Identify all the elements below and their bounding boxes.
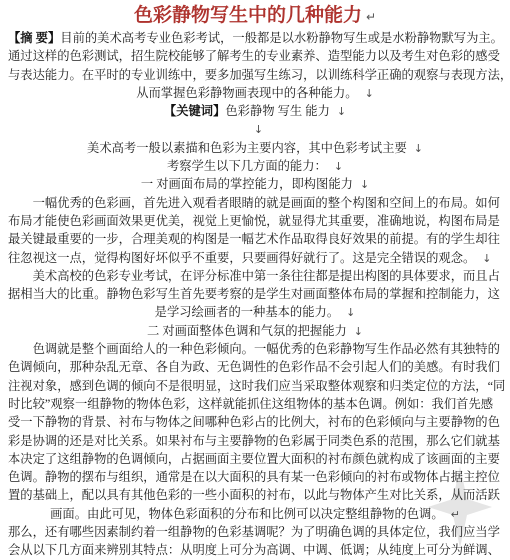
paragraph-line: 色调倾向，那种杂乱无章、各自为政、无色调性的色彩作品不会引起人们的美感。有时我们 bbox=[8, 358, 502, 376]
paragraph-line: 本决定了这组静物的色调倾向，占据画面主要位置大面积的衬布颜色就构成了该画面的主要 bbox=[8, 450, 502, 468]
paragraph-mark: ↵ bbox=[366, 10, 376, 24]
text-line: 从而掌握色彩静物画表现中的各种能力。 bbox=[136, 86, 357, 100]
section-heading-1: 一 对画面布局的掌控能力，即构图能力↓ bbox=[8, 175, 502, 193]
paragraph-line: 色调。静物的摆布与组织，通常是在以大面积的具有某一色彩倾向的衬布或物体占据主控位 bbox=[8, 468, 502, 486]
paragraph-line: 据相当大的比重。静物色彩写生首先要考察的是学生对画面整体布局的掌握和控制能力，这 bbox=[8, 285, 502, 303]
text-line: 美术高校的色彩专业考试，在评分标准中第一条往往都是提出构图的具体要求，而且占 bbox=[33, 269, 500, 283]
paragraph-line: 一幅优秀的色彩画，首先进入观看者眼睛的就是画面的整个构图和空间上的布局。如何 bbox=[8, 194, 502, 212]
abstract-line: 通过这样的色彩测试，招生院校能够了解考生的专业素养、造型能力以及考生对色彩的感受 bbox=[8, 47, 502, 65]
line-break-mark: ↓ bbox=[346, 306, 355, 319]
paragraph-line: 美术高校的色彩专业考试，在评分标准中第一条往往都是提出构图的具体要求，而且占 bbox=[8, 267, 502, 285]
line-break-mark: ↓ bbox=[360, 178, 369, 191]
abstract-label: 【摘 要】 bbox=[8, 31, 60, 45]
abstract-line: 从而掌握色彩静物画表现中的各种能力。↓ bbox=[8, 84, 502, 102]
text-line: 据相当大的比重。静物色彩写生首先要考察的是学生对画面整体布局的掌握和控制能力，这 bbox=[8, 287, 500, 301]
text-line: 会从以下几方面来辨别其特点：从明度上可分为高调、中调、低调；从纯度上可分为鲜调、 bbox=[8, 543, 500, 557]
text-line: 时比较”观察一组静物的物体色彩，这样就能抓住这组物体的基本色调。例如：我们首先感 bbox=[8, 397, 493, 411]
paragraph-line: 画面。由此可见，物体色彩面积的分布和比例可以决定整组静物的色调。↵ bbox=[8, 505, 502, 523]
text-line: 彩是协调的还是对比关系。如果衬布与主要静物的色彩属于同类色系的范围，那么它们就基 bbox=[8, 434, 500, 448]
paragraph-mark: ↵ bbox=[451, 508, 460, 521]
text-line: 是学习绘画者的一种基本的能力。 bbox=[155, 305, 339, 319]
text-line: 二 对画面整体色调和气氛的把握能力 bbox=[147, 324, 347, 338]
text-line: 一幅优秀的色彩画，首先进入观看者眼睛的就是画面的整个构图和空间上的布局。如何 bbox=[33, 196, 500, 210]
document-page: 色彩静物写生中的几种能力↵ 【摘 要】目前的美术高考专业色彩考试，一般都是以水粉… bbox=[0, 0, 510, 560]
line-break-mark: ↓ bbox=[365, 87, 374, 100]
line-break-mark: ↓ bbox=[414, 142, 423, 155]
abstract-line: 与表达能力。在平时的专业训练中，要多加强写生练习，以训练科学正确的观察与表现方法… bbox=[8, 66, 502, 84]
paragraph-line: 色调就是整个画面给人的一种色彩倾向。一幅优秀的色彩静物写生作品必然有其独特的 bbox=[8, 340, 502, 358]
paragraph-line: 彩是协调的还是对比关系。如果衬布与主要静物的色彩属于同类色系的范围，那么它们就基 bbox=[8, 432, 502, 450]
section-heading-2: 二 对画面整体色调和气氛的把握能力↓ bbox=[8, 322, 502, 340]
text-line: 美术高考一般以素描和色彩为主要内容，其中色彩考试主要 bbox=[87, 141, 407, 155]
paragraph-line: 置的基础上，配以具有其他色彩的一些小面积的衬布，以此与物体产生对比关系，从而活跃 bbox=[8, 486, 502, 504]
paragraph-line: 注视对象，感到色调的倾向不是很明显，这时我们应当采取整体观察和归类定位的方法，“… bbox=[8, 377, 502, 395]
text-line: 画面。由此可见，物体色彩面积的分布和比例可以决定整组静物的色调。 bbox=[50, 507, 444, 521]
line-break-mark: ↓ bbox=[337, 105, 346, 118]
text-line: 考察学生以下几方面的能力： bbox=[167, 159, 327, 173]
intro-line: 美术高考一般以素描和色彩为主要内容，其中色彩考试主要↓ bbox=[8, 139, 502, 157]
text-line: 色彩静物 写生 能力 bbox=[225, 104, 330, 118]
paragraph-line: 布局才能使色彩画面效果更优美，视觉上更愉悦，就显得尤其重要，准确地说，构图布局是 bbox=[8, 212, 502, 230]
text-line: 那么，还有哪些因素制约着一组静物的色彩基调呢？为了明确色调的具体定位，我们应当学 bbox=[8, 525, 500, 539]
paragraph-line: 受一下静物的背景、衬布与物体之间哪种色彩占的比例大，衬布的色彩倾向与主要静物的色 bbox=[8, 413, 502, 431]
text-line: 一 对画面布局的掌控能力，即构图能力 bbox=[141, 177, 353, 191]
paragraph-line: 时比较”观察一组静物的物体色彩，这样就能抓住这组物体的基本色调。例如：我们首先感 bbox=[8, 395, 502, 413]
keywords-label: 【关键词】 bbox=[164, 104, 226, 118]
keywords-line: 【关键词】色彩静物 写生 能力↓ bbox=[8, 102, 502, 120]
line-break-mark: ↓ bbox=[254, 123, 263, 136]
paragraph-line: 那么，还有哪些因素制约着一组静物的色彩基调呢？为了明确色调的具体定位，我们应当学 bbox=[8, 523, 502, 541]
text-line: 色调就是整个画面给人的一种色彩倾向。一幅优秀的色彩静物写生作品必然有其独特的 bbox=[33, 342, 500, 356]
document-title-text: 色彩静物写生中的几种能力 bbox=[134, 5, 362, 26]
line-break-mark: ↓ bbox=[482, 252, 491, 265]
paragraph-line: 会从以下几方面来辨别其特点：从明度上可分为高调、中调、低调；从纯度上可分为鲜调、 bbox=[8, 541, 502, 559]
empty-line: ↓ bbox=[8, 120, 502, 138]
text-line: 色调倾向，那种杂乱无章、各自为政、无色调性的色彩作品不会引起人们的美感。有时我们 bbox=[8, 360, 500, 374]
document-title: 色彩静物写生中的几种能力↵ bbox=[8, 3, 502, 29]
line-break-mark: ↓ bbox=[354, 325, 363, 338]
paragraph-line: 最关键最重要的一步，合理美观的构图是一幅艺术作品取得良好效果的前提。有的学生却往 bbox=[8, 230, 502, 248]
intro-line: 考察学生以下几方面的能力：↓ bbox=[8, 157, 502, 175]
document-body: 色彩静物写生中的几种能力↵ 【摘 要】目前的美术高考专业色彩考试，一般都是以水粉… bbox=[0, 0, 510, 560]
text-line: 置的基础上，配以具有其他色彩的一些小面积的衬布，以此与物体产生对比关系，从而活跃 bbox=[8, 488, 500, 502]
text-line: 目前的美术高考专业色彩考试，一般都是以水粉静物写生或是水粉静物默写为主。 bbox=[60, 31, 503, 45]
paragraph-line: 往忽视这一点，觉得构图好坏似乎不重要，只要画得好就行了。这是完全错误的观念。↓ bbox=[8, 249, 502, 267]
paragraph-line: 是学习绘画者的一种基本的能力。↓ bbox=[8, 303, 502, 321]
line-break-mark: ↓ bbox=[334, 160, 343, 173]
text-line: 往忽视这一点，觉得构图好坏似乎不重要，只要画得好就行了。这是完全错误的观念。 bbox=[8, 251, 475, 265]
abstract-line: 【摘 要】目前的美术高考专业色彩考试，一般都是以水粉静物写生或是水粉静物默写为主… bbox=[8, 29, 502, 47]
text-line: 最关键最重要的一步，合理美观的构图是一幅艺术作品取得良好效果的前提。有的学生却往 bbox=[8, 232, 500, 246]
text-line: 与表达能力。在平时的专业训练中，要多加强写生练习，以训练科学正确的观察与表现方法… bbox=[8, 68, 510, 82]
text-line: 色调。静物的摆布与组织，通常是在以大面积的具有某一色彩倾向的衬布或物体占据主控位 bbox=[8, 470, 500, 484]
text-line: 布局才能使色彩画面效果更优美，视觉上更愉悦，就显得尤其重要，准确地说，构图布局是 bbox=[8, 214, 500, 228]
text-line: 通过这样的色彩测试，招生院校能够了解考生的专业素养、造型能力以及考生对色彩的感受 bbox=[8, 49, 500, 63]
text-line: 受一下静物的背景、衬布与物体之间哪种色彩占的比例大，衬布的色彩倾向与主要静物的色 bbox=[8, 415, 500, 429]
text-line: 本决定了这组静物的色调倾向，占据画面主要位置大面积的衬布颜色就构成了该画面的主要 bbox=[8, 452, 500, 466]
text-line: 注视对象，感到色调的倾向不是很明显，这时我们应当采取整体观察和归类定位的方法，“… bbox=[8, 379, 505, 393]
